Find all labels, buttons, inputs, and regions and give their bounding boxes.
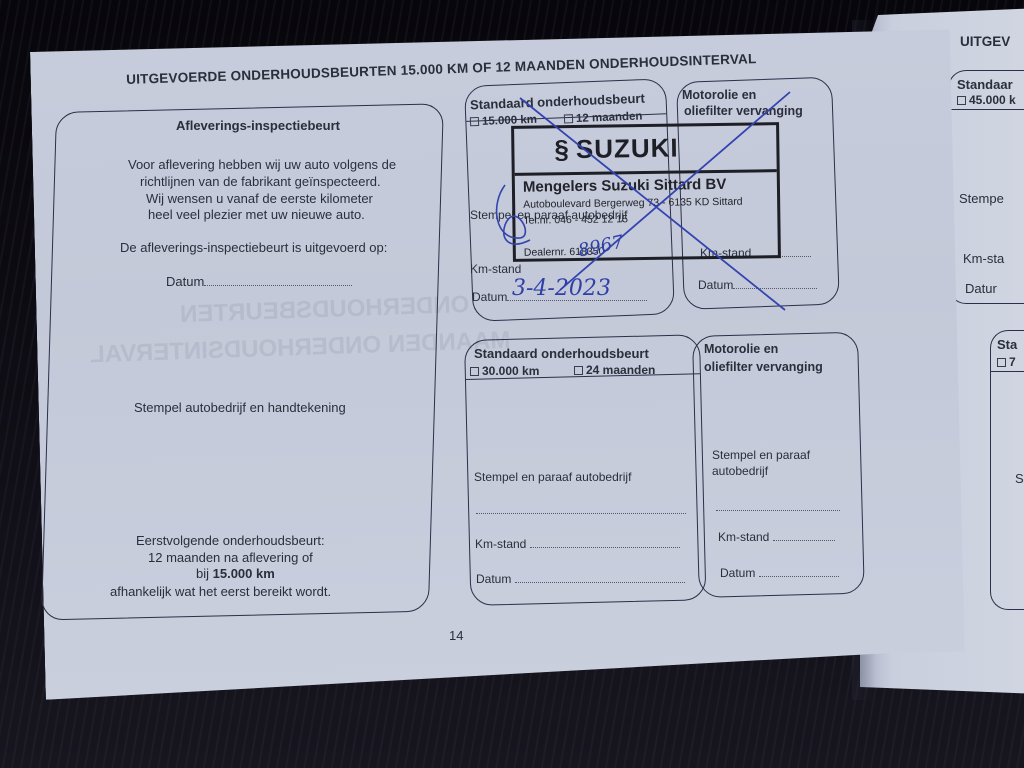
- checkbox-icon[interactable]: [564, 114, 573, 123]
- service-3-stamp-label: Stempe: [959, 191, 1004, 206]
- service-3-km-label: Km-sta: [963, 251, 1004, 266]
- service-2-date-field[interactable]: Datum: [476, 572, 685, 586]
- page-number: 14: [449, 628, 463, 643]
- oil-2-stamp-label-line2: autobedrijf: [712, 464, 768, 478]
- delivery-intro-line: richtlijnen van de fabrikant geïnspectee…: [140, 174, 381, 189]
- service-2-option-km: 30.000 km: [470, 364, 539, 378]
- service-4-box: Sta 7 S: [990, 330, 1024, 610]
- service-2-stamp-line[interactable]: [476, 503, 686, 517]
- oil-2-title-line1: Motorolie en: [704, 342, 778, 356]
- dealer-address: Autoboulevard Bergerweg 73 - 6135 KD Sit…: [523, 196, 743, 211]
- oil-1-title-line1: Motorolie en: [682, 88, 756, 102]
- service-3-box: Standaar 45.000 k Stempe Km-sta Datur: [948, 70, 1024, 304]
- oil-1-date-field[interactable]: Datum: [698, 278, 817, 292]
- service-4-title: Sta: [997, 337, 1017, 352]
- checkbox-icon[interactable]: [470, 117, 479, 126]
- next-service-line: afhankelijk wat het eerst bereikt wordt.: [110, 584, 331, 599]
- checkbox-icon[interactable]: [957, 96, 966, 105]
- next-service-km: 15.000 km: [213, 566, 275, 581]
- service-3-date-label: Datur: [965, 281, 997, 296]
- oil-1-title-line2: oliefilter vervanging: [684, 104, 803, 118]
- delivery-inspection-title: Afleverings-inspectiebeurt: [176, 118, 340, 133]
- oil-2-stamp-line[interactable]: [716, 500, 840, 514]
- oil-2-title-line2: oliefilter vervanging: [704, 360, 823, 374]
- suzuki-s-emblem-icon: §: [554, 134, 570, 165]
- next-service-line: Eerstvolgende onderhoudsbeurt:: [136, 533, 325, 548]
- service-4-stamp-label: S: [1015, 471, 1024, 486]
- delivery-intro-line: heel veel plezier met uw nieuwe auto.: [148, 207, 365, 222]
- handwritten-date: 3-4-2023: [512, 276, 611, 301]
- delivery-date-line[interactable]: [204, 285, 352, 286]
- oil-2-stamp-label-line1: Stempel en paraaf: [712, 448, 810, 462]
- delivery-date-field[interactable]: Datum: [166, 274, 352, 289]
- delivery-performed-on: De afleverings-inspectiebeurt is uitgevo…: [120, 240, 387, 255]
- next-service-line: bij 15.000 km: [196, 566, 275, 581]
- suzuki-logo: §SUZUKI: [554, 133, 679, 166]
- checkbox-icon[interactable]: [470, 367, 479, 376]
- service-3-option-km: 45.000 k: [957, 93, 1016, 107]
- service-1-km-field[interactable]: Km-stand: [470, 262, 521, 276]
- delivery-intro-line: Voor aflevering hebben wij uw auto volge…: [128, 157, 396, 172]
- dealer-name: Mengelers Suzuki Sittard BV: [523, 176, 727, 196]
- checkbox-icon[interactable]: [574, 366, 583, 375]
- oil-2-date-field[interactable]: Datum: [720, 566, 839, 580]
- delivery-stamp-label: Stempel autobedrijf en handtekening: [134, 400, 346, 415]
- delivery-intro-line: Wij wensen u vanaf de eerste kilometer: [146, 191, 373, 206]
- dealer-stamp: §SUZUKI Mengelers Suzuki Sittard BV Auto…: [511, 122, 781, 262]
- service-2-option-months: 24 maanden: [574, 363, 655, 377]
- service-2-stamp-label: Stempel en paraaf autobedrijf: [474, 470, 631, 484]
- oil-2-km-field[interactable]: Km-stand: [718, 530, 835, 544]
- service-2-km-field[interactable]: Km-stand: [475, 537, 680, 551]
- service-2-title: Standaard onderhoudsbeurt: [474, 346, 649, 361]
- delivery-date-label: Datum: [166, 274, 204, 289]
- dealer-phone: Tel.nr. 046 - 452 12 15: [523, 213, 628, 226]
- checkbox-icon[interactable]: [997, 358, 1006, 367]
- service-3-title: Standaar: [957, 77, 1013, 92]
- next-service-line: 12 maanden na aflevering of: [148, 550, 313, 565]
- service-4-option-km: 7: [997, 355, 1016, 369]
- right-page-title: UITGEV: [960, 34, 1010, 49]
